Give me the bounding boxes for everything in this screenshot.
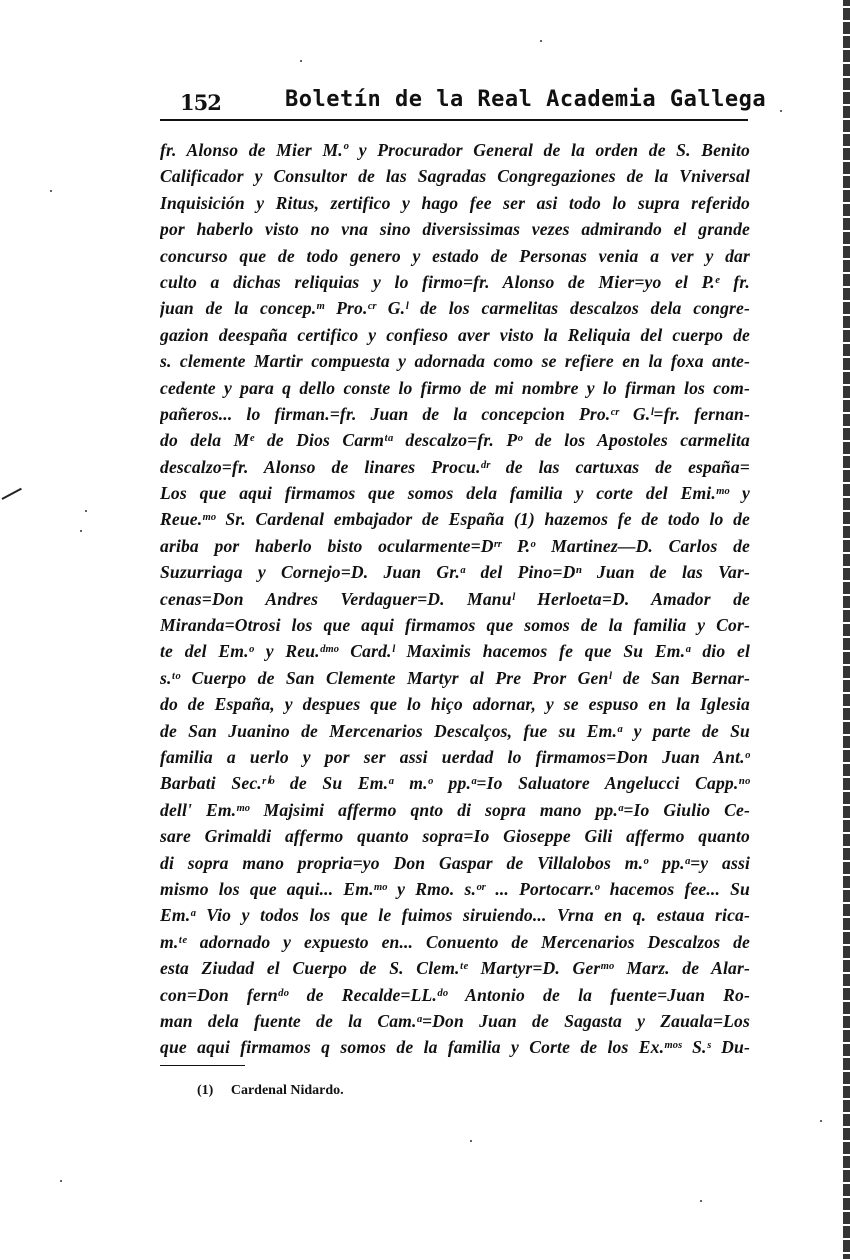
text-line: m.ᵗᵉ adornado y expuesto en... Conuento … xyxy=(160,929,750,955)
text-line: di sopra mano propria=yo Don Gaspar de V… xyxy=(160,850,750,876)
scan-speck xyxy=(300,60,302,62)
scan-speck xyxy=(80,530,82,532)
scan-speck xyxy=(540,40,542,42)
text-line: s.ᵗᵒ Cuerpo de San Clemente Martyr al Pr… xyxy=(160,665,750,691)
text-line: culto a dichas reliquias y lo firmo=fr. … xyxy=(160,269,750,295)
text-line: cenas=Don Andres Verdaguer=D. Manuˡ Herl… xyxy=(160,586,750,612)
text-line: gazion deespaña certifico y confieso ave… xyxy=(160,322,750,348)
scan-edge-bar xyxy=(843,0,850,1259)
text-line: descalzo=fr. Alonso de linares Procu.ᵈʳ … xyxy=(160,454,750,480)
text-line: concurso que de todo genero y estado de … xyxy=(160,243,750,269)
text-line: familia a uerlo y por ser assi uerdad lo… xyxy=(160,744,750,770)
text-line: Inquisición y Ritus, zertifico y hago fe… xyxy=(160,190,750,216)
scan-speck xyxy=(50,190,52,192)
text-line: por haberlo visto no vna sino diversissi… xyxy=(160,216,750,242)
text-line: do dela Mᵉ de Dios Carmᵗᵃ descalzo=fr. P… xyxy=(160,427,750,453)
text-line: Suzurriaga y Cornejo=D. Juan Gr.ᵃ del Pi… xyxy=(160,559,750,585)
text-line: sare Grimaldi affermo quanto sopra=Io Gi… xyxy=(160,823,750,849)
text-line: pañeros... lo firman.=fr. Juan de la con… xyxy=(160,401,750,427)
text-line: mismo los que aqui... Em.ᵐᵒ y Rmo. s.ᵒʳ … xyxy=(160,876,750,902)
text-line: Reue.ᵐᵒ Sr. Cardenal embajador de España… xyxy=(160,506,750,532)
text-line: man dela fuente de la Cam.ᵃ=Don Juan de … xyxy=(160,1008,750,1034)
footnote-rule xyxy=(160,1065,245,1066)
page-header: 152 Boletín de la Real Academia Gallega xyxy=(160,86,750,120)
text-line: con=Don fernᵈᵒ de Recalde=LL.ᵈᵒ Antonio … xyxy=(160,982,750,1008)
body-text: fr. Alonso de Mier M.º y Procurador Gene… xyxy=(160,137,750,1061)
header-rule xyxy=(160,119,748,121)
text-line: que aqui firmamos q somos de la familia … xyxy=(160,1034,750,1060)
text-line: Barbati Sec.ʳⁱᵒ de Su Em.ᵃ m.ᵒ pp.ᵃ=Io S… xyxy=(160,770,750,796)
text-line: Los que aqui firmamos que somos dela fam… xyxy=(160,480,750,506)
text-line: esta Ziudad el Cuerpo de S. Clem.ᵗᵉ Mart… xyxy=(160,955,750,981)
scan-speck xyxy=(780,110,782,112)
document-page: 152 Boletín de la Real Academia Gallega … xyxy=(0,0,850,1259)
text-line: Em.ᵃ Vio y todos los que le fuimos sirui… xyxy=(160,902,750,928)
text-line: de San Juanino de Mercenarios Descalços,… xyxy=(160,718,750,744)
text-line: s. clemente Martir compuesta y adornada … xyxy=(160,348,750,374)
footnote-text: Cardenal Nidardo. xyxy=(231,1083,344,1098)
text-line: fr. Alonso de Mier M.º y Procurador Gene… xyxy=(160,137,750,163)
text-line: Miranda=Otrosi los que aqui firmamos que… xyxy=(160,612,750,638)
scan-speck xyxy=(700,1200,702,1202)
scan-speck xyxy=(60,1180,62,1182)
text-line: dell' Em.ᵐᵒ Majsimi affermo qnto di sopr… xyxy=(160,797,750,823)
scan-speck xyxy=(820,1120,822,1122)
text-line: cedente y para q dello conste lo firmo d… xyxy=(160,375,750,401)
text-line: te del Em.ᵒ y Reu.ᵈᵐᵒ Card.ˡ Maximis hac… xyxy=(160,638,750,664)
text-line: do de España, y despues que lo hiço ador… xyxy=(160,691,750,717)
footnote: (1) Cardenal Nidardo. xyxy=(197,1083,344,1099)
running-title: Boletín de la Real Academia Gallega xyxy=(285,87,766,112)
margin-pen-mark xyxy=(2,488,22,500)
page-number: 152 xyxy=(180,90,221,115)
text-line: ariba por haberlo bisto ocularmente=Dʳʳ … xyxy=(160,533,750,559)
footnote-mark: (1) xyxy=(197,1083,213,1098)
text-line: Calificador y Consultor de las Sagradas … xyxy=(160,163,750,189)
scan-speck xyxy=(85,510,87,512)
scan-speck xyxy=(470,1140,472,1142)
text-line: juan de la concep.ᵐ Pro.ᶜʳ G.ˡ de los ca… xyxy=(160,295,750,321)
